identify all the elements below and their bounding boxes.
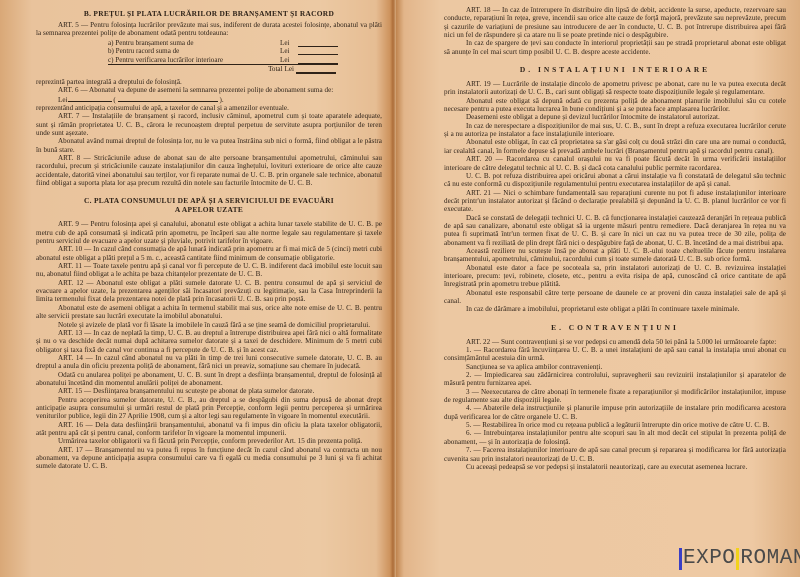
art-14-p2: Odată cu anularea poliței pe abonament, … <box>36 371 382 388</box>
art-12-p2: Abonatul este de asemeni obligat a achit… <box>36 304 382 321</box>
closing-paragraph: Cu aceeași pedeapsă se vor pedepsi și in… <box>444 463 786 471</box>
section-e-title: E. CONTRAVENȚIUNI <box>444 323 786 332</box>
art-9: ART. 9 — Pentru folosința apei și canalu… <box>36 220 382 245</box>
blank-field <box>68 95 112 102</box>
art-15-p2: Pentru acoperirea sumelor datorate, U. C… <box>36 396 382 421</box>
fee-blank-field <box>298 39 338 47</box>
art-21-p2: Dacă se constată de delegații technici U… <box>444 214 786 247</box>
art-7-p2: Abonatul având numai dreptul de folosinț… <box>36 137 382 154</box>
flag-bar-blue <box>679 548 682 570</box>
art-6: ART. 6 — Abonatul va depune de asemeni l… <box>36 86 382 94</box>
contravention-item: 5. — Restabilirea în orice mod cu rețeau… <box>444 421 786 429</box>
fee-row-bransament: a) Pentru branșament suma deLei <box>108 39 338 47</box>
contravention-item: 6. — Intrebuințarea instalațiunilor pent… <box>444 429 786 446</box>
fee-total-row: TotalLei <box>108 64 338 74</box>
fee-table: a) Pentru branșament suma deLei b) Pentr… <box>108 39 382 74</box>
section-b-title: B. PREȚUL ȘI PLATA LUCRĂRILOR DE BRANȘAM… <box>36 9 382 18</box>
fee-total-blank <box>296 65 336 74</box>
contravention-item: 4. — Abaterile dela instrucțiunile și pl… <box>444 404 786 421</box>
contravention-item: 3 — Neexecutarea de către abonați în ter… <box>444 388 786 405</box>
art-20: ART. 20 — Racordarea cu canalul orașului… <box>444 155 786 172</box>
art-19-p3: Deasemeni este obligat a depune și deviz… <box>444 113 786 121</box>
art-15: ART. 15 — Desființarea branșamentului nu… <box>36 387 382 395</box>
art-19-p4: In caz de nerespectare a dispozițiunilor… <box>444 122 786 139</box>
art-5: ART. 5 — Pentru folosința lucrărilor pre… <box>36 21 382 38</box>
art-18-p2: In caz de spargere de țevi sau conducte … <box>444 39 786 56</box>
section-c-title-line2: A APELOR UZATE <box>36 205 382 214</box>
fee-blank-field <box>298 56 338 64</box>
art-12: ART. 12 — Abonatul este obligat a plăti … <box>36 279 382 304</box>
art-14: ART. 14 — In cazul când abonatul nu va p… <box>36 354 382 371</box>
art-16-p2: Urmărirea taxelor obligatorii va fi făcu… <box>36 437 382 445</box>
blank-field <box>118 95 218 102</box>
art-6-after: reprezentând anticipația consumului de a… <box>36 104 382 112</box>
page-fold <box>390 0 396 577</box>
art-21-p6: In caz de dărâmare a imobilului, proprie… <box>444 305 786 313</box>
flag-bar-yellow <box>736 548 739 570</box>
art-8: ART. 8 — Stricăciunile aduse de abonat s… <box>36 154 382 187</box>
art-21-p4: Abonatul este dator a face pe socoteala … <box>444 264 786 289</box>
art-20-p2: U. C. B. pot refuza distribuirea apei or… <box>444 172 786 189</box>
contravention-item: Sancțiunea se va aplica ambilor contrave… <box>444 363 786 371</box>
expo-romania-watermark: EXPO ROMANIA <box>678 545 800 572</box>
art-19: ART. 19 — Lucrările de instalație dincol… <box>444 80 786 97</box>
art-7: ART. 7 — Instalațiile de branșament și r… <box>36 112 382 137</box>
contravention-item: 1. — Racordarea fără încuviințarea U. C.… <box>444 346 786 363</box>
art-10: ART. 10 — In cazul când consumația de ap… <box>36 245 382 262</box>
art-17: ART. 17 — Branșamentul nu va putea fi re… <box>36 446 382 471</box>
art-13: ART. 13 — In caz de neplată la timp, U. … <box>36 329 382 354</box>
art-21-p3: Această reziliere nu scutește însă pe ab… <box>444 247 786 264</box>
art-16: ART. 16 — Dela data desființării branșam… <box>36 421 382 438</box>
right-page: ART. 18 — In caz de întrerupere în distr… <box>444 0 786 577</box>
art-19-p2: Abonatul este obligat să depună odată cu… <box>444 97 786 114</box>
art-12-p3: Notele și avizele de plată vor fi lăsate… <box>36 321 382 329</box>
art-21-p5: Abonatul este responsabil către terțe pe… <box>444 289 786 306</box>
fee-row-verificare: c) Pentru verificarea lucrărilor interio… <box>108 56 338 64</box>
fee-row-racord: b) Pentru racord suma deLei <box>108 47 338 55</box>
fees-after-text: reprezintă partea integrală a dreptului … <box>36 78 382 86</box>
section-d-title: D. INSTALAȚIUNI INTERIOARE <box>444 65 786 74</box>
art-21: ART. 21 — Nici o schimbare fundamentală … <box>444 189 786 214</box>
art-11: ART. 11 — Toate taxele pentru apă și can… <box>36 262 382 279</box>
art-6-lei-line: Lei ( ). <box>36 95 382 104</box>
art-22: ART. 22 — Sunt contravențiuni și se vor … <box>444 338 786 346</box>
contravention-item: 2. — Impiedicarea sau zădărnicirea contr… <box>444 371 786 388</box>
art-19-p5: Abonatul este obligat, în caz că proprie… <box>444 138 786 155</box>
fee-blank-field <box>298 47 338 55</box>
left-page: B. PREȚUL ȘI PLATA LUCRĂRILOR DE BRANȘAM… <box>36 0 382 577</box>
art-18: ART. 18 — In caz de întrerupere în distr… <box>444 6 786 39</box>
contravention-item: 7. — Facerea instalațiunilor interioare … <box>444 446 786 463</box>
section-c-title-line1: C. PLATA CONSUMULUI DE APĂ ȘI A SERVICIU… <box>36 196 382 205</box>
